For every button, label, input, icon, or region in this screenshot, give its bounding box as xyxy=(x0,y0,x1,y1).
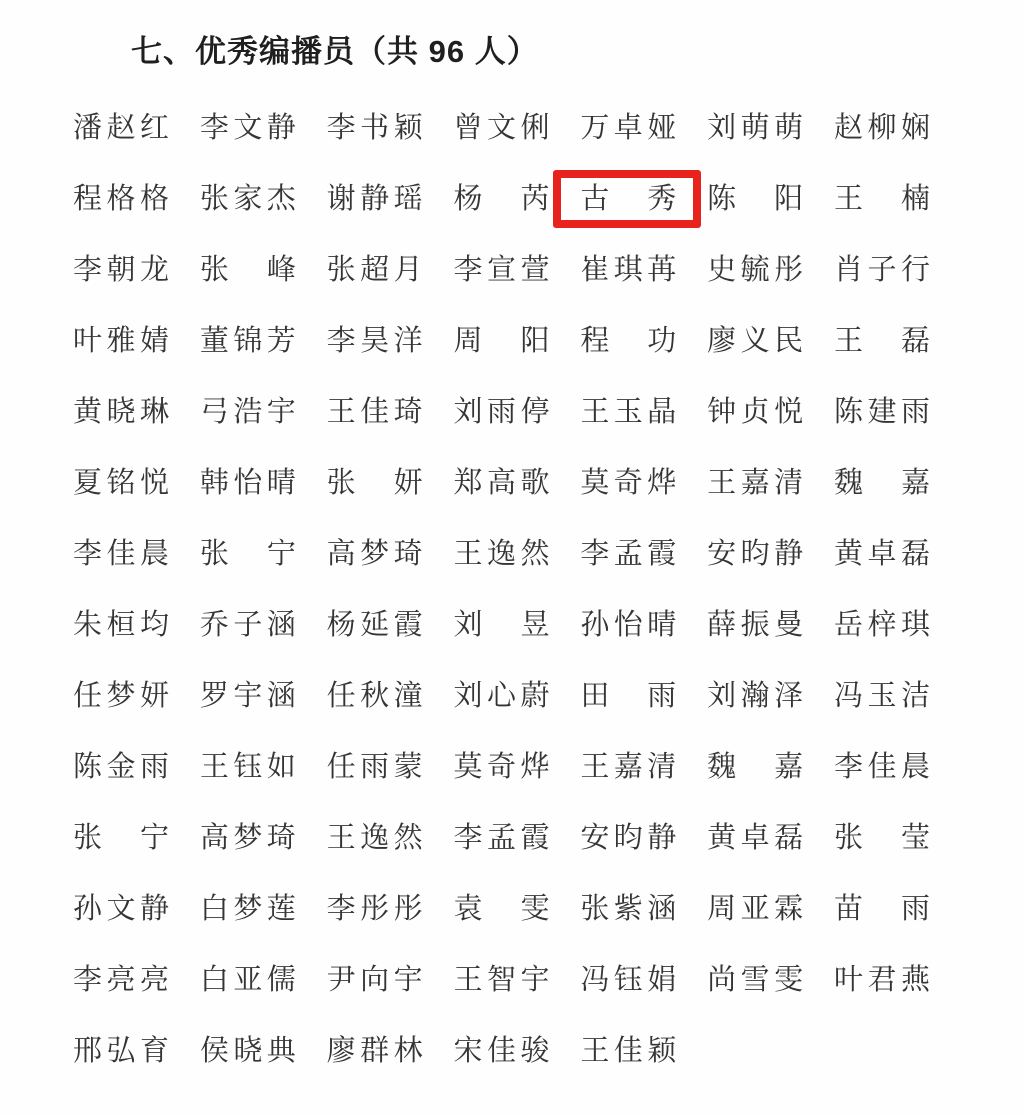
name-character: 宇 xyxy=(394,966,423,995)
roster-name: 弓浩宇 xyxy=(200,398,296,427)
roster-name: 张紫涵 xyxy=(580,895,676,924)
name-character: 格 xyxy=(140,185,169,214)
name-character: 昀 xyxy=(614,824,643,853)
name-character: 李 xyxy=(453,824,482,853)
name-character: 张 xyxy=(200,540,229,569)
roster-name: 莫奇烨 xyxy=(580,469,676,498)
name-character: 佳 xyxy=(487,1037,516,1066)
name-character: 卓 xyxy=(614,114,643,143)
name-character: 李 xyxy=(327,114,356,143)
name-character: 嘉 xyxy=(614,753,643,782)
name-character: 苗 xyxy=(834,895,863,924)
name-character: 娴 xyxy=(901,114,930,143)
roster-name: 廖义民 xyxy=(707,327,803,356)
name-character: 潼 xyxy=(394,682,423,711)
name-character: 王 xyxy=(580,753,609,782)
roster-name: 袁雯 xyxy=(453,895,549,924)
roster-name: 王佳颖 xyxy=(580,1037,676,1066)
name-character: 佳 xyxy=(614,1037,643,1066)
name-character: 叶 xyxy=(73,327,102,356)
name-character: 夏 xyxy=(73,469,102,498)
name-character: 冯 xyxy=(834,682,863,711)
name-character: 清 xyxy=(774,469,803,498)
name-character: 高 xyxy=(200,824,229,853)
name-character: 钟 xyxy=(707,398,736,427)
name-character: 彤 xyxy=(360,895,389,924)
roster-name: 魏嘉 xyxy=(707,753,803,782)
roster-name: 叶雅婧 xyxy=(73,327,169,356)
name-character: 萌 xyxy=(741,114,770,143)
name-character: 嘉 xyxy=(774,753,803,782)
roster-name: 黄晓琳 xyxy=(73,398,169,427)
highlight-box xyxy=(553,170,701,228)
name-character: 晨 xyxy=(901,753,930,782)
name-character: 逸 xyxy=(360,824,389,853)
name-character: 潘 xyxy=(73,114,102,143)
name-character: 妍 xyxy=(140,682,169,711)
roster-name: 赵柳娴 xyxy=(834,114,930,143)
roster-name: 乔子涵 xyxy=(200,611,296,640)
name-character: 黄 xyxy=(707,824,736,853)
name-character: 静 xyxy=(140,895,169,924)
name-character: 莫 xyxy=(580,469,609,498)
name-character: 刘 xyxy=(453,398,482,427)
name-character: 停 xyxy=(520,398,549,427)
name-character: 毓 xyxy=(741,256,770,285)
name-character: 陈 xyxy=(834,398,863,427)
name-character: 瑶 xyxy=(394,185,423,214)
name-character: 嘉 xyxy=(901,469,930,498)
name-character: 琳 xyxy=(140,398,169,427)
roster-name: 王逸然 xyxy=(327,824,423,853)
name-character: 红 xyxy=(140,114,169,143)
roster-name: 李彤彤 xyxy=(327,895,423,924)
roster-name: 杨延霞 xyxy=(327,611,423,640)
name-character: 晓 xyxy=(233,1037,262,1066)
name-character: 振 xyxy=(741,611,770,640)
roster-name: 王嘉清 xyxy=(580,753,676,782)
name-character: 梦 xyxy=(233,895,262,924)
name-character: 秀 xyxy=(647,185,676,214)
roster-name: 李佳晨 xyxy=(73,540,169,569)
roster-name: 冯玉洁 xyxy=(834,682,930,711)
roster-name: 王钰如 xyxy=(200,753,296,782)
roster-name: 高梦琦 xyxy=(327,540,423,569)
roster-name: 白梦莲 xyxy=(200,895,296,924)
name-character: 晓 xyxy=(106,398,135,427)
name-character: 格 xyxy=(106,185,135,214)
name-character: 子 xyxy=(233,611,262,640)
name-character: 悦 xyxy=(774,398,803,427)
name-character: 金 xyxy=(106,753,135,782)
name-character: 雨 xyxy=(647,682,676,711)
roster-name: 安昀静 xyxy=(580,824,676,853)
name-character: 烨 xyxy=(520,753,549,782)
name-character: 洋 xyxy=(394,327,423,356)
name-character: 烨 xyxy=(647,469,676,498)
name-character: 如 xyxy=(267,753,296,782)
name-character: 孟 xyxy=(487,824,516,853)
name-character: 浩 xyxy=(233,398,262,427)
roster-name: 曾文俐 xyxy=(453,114,549,143)
roster-name: 刘心蔚 xyxy=(453,682,549,711)
roster-name: 李书颖 xyxy=(327,114,423,143)
name-character: 亚 xyxy=(233,966,262,995)
name-character: 静 xyxy=(647,824,676,853)
roster-name: 李孟霞 xyxy=(580,540,676,569)
roster-name: 高梦琦 xyxy=(200,824,296,853)
name-character: 尚 xyxy=(707,966,736,995)
name-character: 文 xyxy=(233,114,262,143)
name-character: 刘 xyxy=(453,682,482,711)
name-character: 任 xyxy=(327,753,356,782)
name-character: 王 xyxy=(834,185,863,214)
name-character: 莲 xyxy=(267,895,296,924)
roster-name: 黄卓磊 xyxy=(707,824,803,853)
name-character: 贞 xyxy=(741,398,770,427)
name-character: 朝 xyxy=(106,256,135,285)
roster-name: 尹向宇 xyxy=(327,966,423,995)
name-character: 张 xyxy=(580,895,609,924)
roster-name: 孙文静 xyxy=(73,895,169,924)
name-character: 琦 xyxy=(394,398,423,427)
name-character: 玉 xyxy=(867,682,896,711)
name-character: 尹 xyxy=(327,966,356,995)
name-character: 朱 xyxy=(73,611,102,640)
name-character: 钰 xyxy=(233,753,262,782)
name-character: 芮 xyxy=(520,185,549,214)
name-character: 侯 xyxy=(200,1037,229,1066)
name-character: 超 xyxy=(360,256,389,285)
name-character: 琦 xyxy=(394,540,423,569)
roster-name: 万卓娅 xyxy=(580,114,676,143)
name-character: 任 xyxy=(73,682,102,711)
name-character: 赵 xyxy=(106,114,135,143)
name-character: 涵 xyxy=(267,682,296,711)
name-character: 柳 xyxy=(867,114,896,143)
name-character: 霞 xyxy=(520,824,549,853)
name-character: 亮 xyxy=(140,966,169,995)
name-character: 孙 xyxy=(73,895,102,924)
name-character: 黄 xyxy=(834,540,863,569)
name-character: 妍 xyxy=(394,469,423,498)
name-character: 刘 xyxy=(453,611,482,640)
name-character: 亚 xyxy=(741,895,770,924)
roster-name: 王楠 xyxy=(834,185,930,214)
roster-name: 宋佳骏 xyxy=(453,1037,549,1066)
name-character: 宁 xyxy=(140,824,169,853)
name-character: 王 xyxy=(200,753,229,782)
roster-name: 孙怡晴 xyxy=(580,611,676,640)
name-character: 韩 xyxy=(200,469,229,498)
roster-name: 任秋潼 xyxy=(327,682,423,711)
name-character: 岳 xyxy=(834,611,863,640)
name-character: 孙 xyxy=(580,611,609,640)
name-character: 洁 xyxy=(901,682,930,711)
name-character: 龙 xyxy=(140,256,169,285)
name-character: 雅 xyxy=(106,327,135,356)
name-character: 乔 xyxy=(200,611,229,640)
roster-name: 张超月 xyxy=(327,256,423,285)
name-character: 高 xyxy=(327,540,356,569)
name-character: 程 xyxy=(73,185,102,214)
name-character: 萱 xyxy=(520,256,549,285)
name-character: 高 xyxy=(487,469,516,498)
name-character: 然 xyxy=(394,824,423,853)
name-character: 昱 xyxy=(520,611,549,640)
roster-name: 程功 xyxy=(580,327,676,356)
roster-name: 叶君燕 xyxy=(834,966,930,995)
name-character: 刘 xyxy=(707,114,736,143)
roster-name: 刘萌萌 xyxy=(707,114,803,143)
name-character: 白 xyxy=(200,895,229,924)
name-character: 董 xyxy=(200,327,229,356)
name-character: 杰 xyxy=(267,185,296,214)
name-character: 月 xyxy=(394,256,423,285)
name-character: 奇 xyxy=(487,753,516,782)
roster-name: 刘昱 xyxy=(453,611,549,640)
name-character: 均 xyxy=(140,611,169,640)
roster-name: 古秀 xyxy=(580,185,676,214)
name-character: 桓 xyxy=(106,611,135,640)
name-character: 佳 xyxy=(867,753,896,782)
roster-name: 李亮亮 xyxy=(73,966,169,995)
name-character: 亮 xyxy=(106,966,135,995)
name-character: 廖 xyxy=(327,1037,356,1066)
name-character: 黄 xyxy=(73,398,102,427)
name-character: 张 xyxy=(200,256,229,285)
roster-name: 周亚霖 xyxy=(707,895,803,924)
name-character: 群 xyxy=(360,1037,389,1066)
name-character: 玉 xyxy=(614,398,643,427)
name-character: 歌 xyxy=(520,469,549,498)
roster-name: 廖群林 xyxy=(327,1037,423,1066)
name-character: 琪 xyxy=(901,611,930,640)
name-character: 萌 xyxy=(774,114,803,143)
name-character: 李 xyxy=(327,895,356,924)
name-character: 燕 xyxy=(901,966,930,995)
name-character: 史 xyxy=(707,256,736,285)
roster-name: 陈阳 xyxy=(707,185,803,214)
roster-name: 周阳 xyxy=(453,327,549,356)
name-character: 任 xyxy=(327,682,356,711)
roster-name: 肖子行 xyxy=(834,256,930,285)
name-character: 张 xyxy=(327,469,356,498)
name-character: 雨 xyxy=(140,753,169,782)
name-character: 雯 xyxy=(520,895,549,924)
name-character: 骏 xyxy=(520,1037,549,1066)
roster-name: 王磊 xyxy=(834,327,930,356)
name-character: 晨 xyxy=(140,540,169,569)
name-character: 蔚 xyxy=(520,682,549,711)
name-character: 涵 xyxy=(267,611,296,640)
name-character: 王 xyxy=(453,966,482,995)
name-character: 王 xyxy=(327,824,356,853)
roster-name: 魏嘉 xyxy=(834,469,930,498)
roster-name: 王智宇 xyxy=(453,966,549,995)
name-character: 铭 xyxy=(106,469,135,498)
name-character: 张 xyxy=(327,256,356,285)
name-character: 梦 xyxy=(360,540,389,569)
name-character: 莹 xyxy=(901,824,930,853)
name-character: 宇 xyxy=(233,682,262,711)
name-character: 弘 xyxy=(106,1037,135,1066)
name-character: 林 xyxy=(394,1037,423,1066)
name-character: 万 xyxy=(580,114,609,143)
name-character: 王 xyxy=(707,469,736,498)
name-character: 文 xyxy=(106,895,135,924)
roster-name: 潘赵红 xyxy=(73,114,169,143)
document-page: 七、优秀编播员（共 96 人） 潘赵红李文静李书颖曾文俐万卓娅刘萌萌赵柳娴程格格… xyxy=(0,0,1024,1114)
roster-name: 李文静 xyxy=(200,114,296,143)
roster-name: 王逸然 xyxy=(453,540,549,569)
roster-name: 薛振曼 xyxy=(707,611,803,640)
roster-name: 田雨 xyxy=(580,682,676,711)
name-character: 君 xyxy=(867,966,896,995)
roster-name: 钟贞悦 xyxy=(707,398,803,427)
name-character: 李 xyxy=(73,256,102,285)
roster-name: 张家杰 xyxy=(200,185,296,214)
name-character: 谢 xyxy=(327,185,356,214)
name-character: 俐 xyxy=(520,114,549,143)
name-character: 魏 xyxy=(834,469,863,498)
name-roster: 潘赵红李文静李书颖曾文俐万卓娅刘萌萌赵柳娴程格格张家杰谢静瑶杨芮古秀陈阳王楠李朝… xyxy=(73,93,930,1087)
name-character: 田 xyxy=(580,682,609,711)
name-character: 郑 xyxy=(453,469,482,498)
roster-name: 李昊洋 xyxy=(327,327,423,356)
roster-name: 冯钰娟 xyxy=(580,966,676,995)
roster-name: 任雨蒙 xyxy=(327,753,423,782)
roster-name: 莫奇烨 xyxy=(453,753,549,782)
name-character: 阳 xyxy=(520,327,549,356)
roster-name: 侯晓典 xyxy=(200,1037,296,1066)
roster-name: 张妍 xyxy=(327,469,423,498)
name-character: 然 xyxy=(520,540,549,569)
name-character: 李 xyxy=(580,540,609,569)
roster-name: 张峰 xyxy=(200,256,296,285)
name-character: 梓 xyxy=(867,611,896,640)
name-character: 李 xyxy=(453,256,482,285)
roster-name: 罗宇涵 xyxy=(200,682,296,711)
name-character: 张 xyxy=(834,824,863,853)
name-character: 王 xyxy=(580,1037,609,1066)
name-character: 悦 xyxy=(140,469,169,498)
name-character: 王 xyxy=(327,398,356,427)
name-character: 嘉 xyxy=(741,469,770,498)
section-title: 七、优秀编播员（共 96 人） xyxy=(0,0,1024,73)
name-character: 袁 xyxy=(453,895,482,924)
name-character: 陈 xyxy=(73,753,102,782)
name-character: 芳 xyxy=(267,327,296,356)
name-character: 叶 xyxy=(834,966,863,995)
name-character: 曼 xyxy=(774,611,803,640)
name-character: 宇 xyxy=(267,398,296,427)
roster-name: 崔琪苒 xyxy=(580,256,676,285)
name-character: 向 xyxy=(360,966,389,995)
name-character: 赵 xyxy=(834,114,863,143)
name-character: 育 xyxy=(140,1037,169,1066)
name-character: 磊 xyxy=(774,824,803,853)
roster-name: 苗雨 xyxy=(834,895,930,924)
name-character: 晶 xyxy=(647,398,676,427)
name-character: 昀 xyxy=(741,540,770,569)
name-character: 奇 xyxy=(614,469,643,498)
name-character: 秋 xyxy=(360,682,389,711)
name-character: 莫 xyxy=(453,753,482,782)
roster-name: 陈建雨 xyxy=(834,398,930,427)
name-character: 廖 xyxy=(707,327,736,356)
name-character: 梦 xyxy=(106,682,135,711)
roster-name: 白亚儒 xyxy=(200,966,296,995)
name-character: 王 xyxy=(580,398,609,427)
name-character: 宁 xyxy=(267,540,296,569)
name-character: 行 xyxy=(901,256,930,285)
name-character: 钰 xyxy=(614,966,643,995)
name-character: 晴 xyxy=(267,469,296,498)
name-character: 宇 xyxy=(520,966,549,995)
roster-name: 刘瀚泽 xyxy=(707,682,803,711)
roster-name: 刘雨停 xyxy=(453,398,549,427)
name-character: 琦 xyxy=(267,824,296,853)
name-character: 子 xyxy=(867,256,896,285)
roster-name: 朱桓均 xyxy=(73,611,169,640)
name-character: 张 xyxy=(73,824,102,853)
name-character: 陈 xyxy=(707,185,736,214)
roster-name: 程格格 xyxy=(73,185,169,214)
name-character: 卓 xyxy=(741,824,770,853)
roster-name: 李孟霞 xyxy=(453,824,549,853)
name-character: 苒 xyxy=(647,256,676,285)
name-character: 李 xyxy=(327,327,356,356)
name-character: 泽 xyxy=(774,682,803,711)
name-character: 李 xyxy=(200,114,229,143)
name-character: 娟 xyxy=(647,966,676,995)
name-character: 颖 xyxy=(647,1037,676,1066)
roster-name: 王佳琦 xyxy=(327,398,423,427)
name-character: 昊 xyxy=(360,327,389,356)
roster-name: 史毓彤 xyxy=(707,256,803,285)
roster-name: 邢弘育 xyxy=(73,1037,169,1066)
name-character: 霞 xyxy=(394,611,423,640)
roster-name: 任梦妍 xyxy=(73,682,169,711)
roster-name: 黄卓磊 xyxy=(834,540,930,569)
name-character: 儒 xyxy=(267,966,296,995)
name-character: 智 xyxy=(487,966,516,995)
name-character: 雯 xyxy=(774,966,803,995)
name-character: 建 xyxy=(867,398,896,427)
name-character: 峰 xyxy=(267,256,296,285)
name-character: 宋 xyxy=(453,1037,482,1066)
name-character: 彤 xyxy=(774,256,803,285)
name-character: 静 xyxy=(360,185,389,214)
name-character: 静 xyxy=(267,114,296,143)
name-character: 蒙 xyxy=(394,753,423,782)
name-character: 雨 xyxy=(901,398,930,427)
name-character: 延 xyxy=(360,611,389,640)
name-character: 锦 xyxy=(233,327,262,356)
name-character: 义 xyxy=(741,327,770,356)
name-character: 李 xyxy=(834,753,863,782)
name-character: 安 xyxy=(580,824,609,853)
name-character: 雨 xyxy=(360,753,389,782)
roster-name: 王嘉清 xyxy=(707,469,803,498)
roster-name: 张宁 xyxy=(200,540,296,569)
name-character: 书 xyxy=(360,114,389,143)
name-character: 古 xyxy=(580,185,609,214)
name-character: 李 xyxy=(73,966,102,995)
name-character: 薛 xyxy=(707,611,736,640)
name-character: 文 xyxy=(487,114,516,143)
